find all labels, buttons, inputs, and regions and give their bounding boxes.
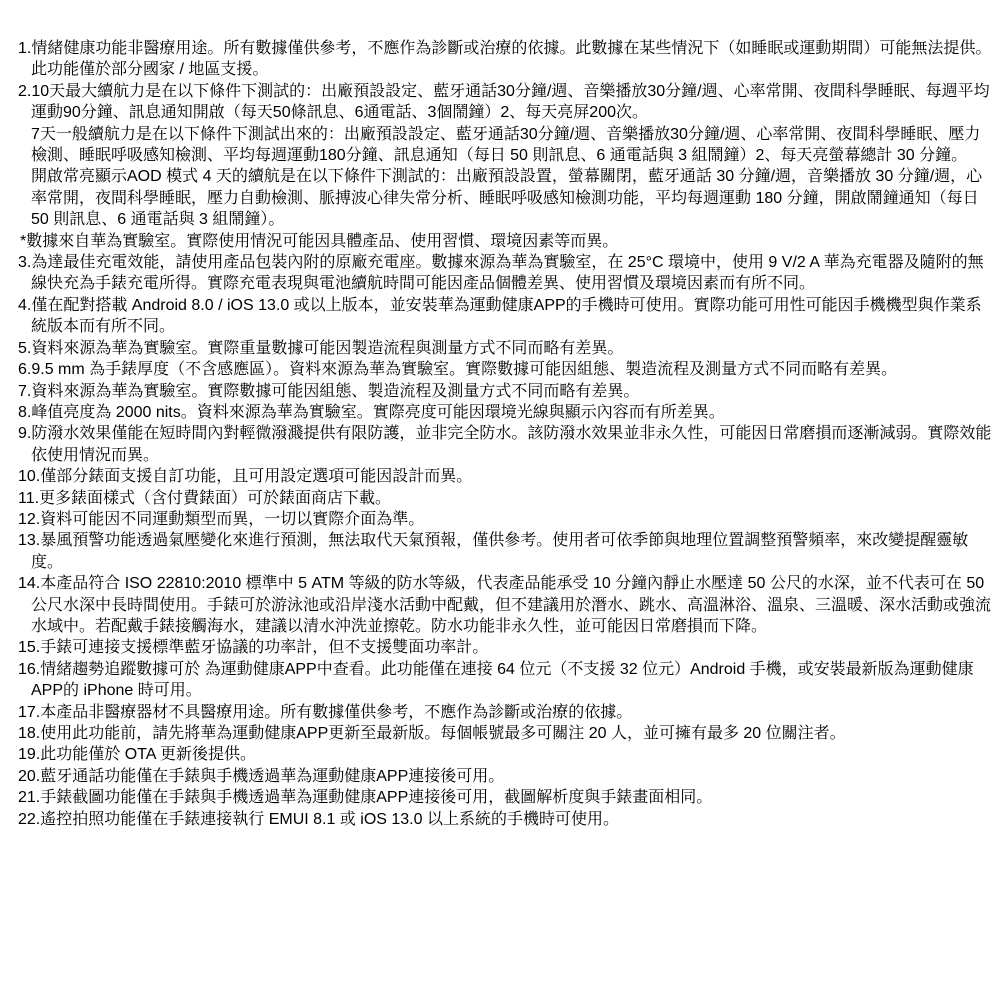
list-item: 13.暴風預警功能透過氣壓變化來進行預測，無法取代天氣預報，僅供參考。使用者可依… <box>18 530 992 573</box>
list-item: 12.資料可能因不同運動類型而異，一切以實際介面為準。 <box>18 509 992 530</box>
disclaimer-page: 1.情緒健康功能非醫療用途。所有數據僅供參考，不應作為診斷或治療的依據。此數據在… <box>0 0 1000 1000</box>
list-item: 2.10天最大續航力是在以下條件下測試的：出廠預設設定、藍牙通話30分鐘/週、音… <box>18 81 992 124</box>
sub-paragraph: 開啟常亮顯示AOD 模式 4 天的續航是在以下條件下測試的：出廠預設設置，螢幕關… <box>18 166 992 230</box>
list-item: 19.此功能僅於 OTA 更新後提供。 <box>18 744 992 765</box>
list-item: 4.僅在配對搭載 Android 8.0 / iOS 13.0 或以上版本，並安… <box>18 295 992 338</box>
list-item: 7.資料來源為華為實驗室。實際數據可能因組態、製造流程及測量方式不同而略有差異。 <box>18 381 992 402</box>
list-item: 20.藍牙通話功能僅在手錶與手機透過華為運動健康APP連接後可用。 <box>18 766 992 787</box>
list-item: 9.防潑水效果僅能在短時間內對輕微潑濺提供有限防護，並非完全防水。該防潑水效果並… <box>18 423 992 466</box>
list-item: 17.本產品非醫療器材不具醫療用途。所有數據僅供參考，不應作為診斷或治療的依據。 <box>18 702 992 723</box>
list-item: 10.僅部分錶面支援自訂功能，且可用設定選項可能因設計而異。 <box>18 466 992 487</box>
sub-paragraph: 7天一般續航力是在以下條件下測試出來的：出廠預設設定、藍牙通話30分鐘/週、音樂… <box>18 124 992 167</box>
list-item: 6.9.5 mm 為手錶厚度（不含感應區）。資料來源為華為實驗室。實際數據可能因… <box>18 359 992 380</box>
list-item: 18.使用此功能前，請先將華為運動健康APP更新至最新版。每個帳號最多可關注 2… <box>18 723 992 744</box>
list-item: 1.情緒健康功能非醫療用途。所有數據僅供參考，不應作為診斷或治療的依據。此數據在… <box>18 38 992 81</box>
list-item: 22.遙控拍照功能僅在手錶連接執行 EMUI 8.1 或 iOS 13.0 以上… <box>18 809 992 830</box>
list-item: 3.為達最佳充電效能，請使用產品包裝內附的原廠充電座。數據來源為華為實驗室，在 … <box>18 252 992 295</box>
list-item: 11.更多錶面樣式（含付費錶面）可於錶面商店下載。 <box>18 488 992 509</box>
list-item: 8.峰值亮度為 2000 nits。資料來源為華為實驗室。實際亮度可能因環境光線… <box>18 402 992 423</box>
list-item: 14.本產品符合 ISO 22810:2010 標準中 5 ATM 等級的防水等… <box>18 573 992 637</box>
footnote: *數據來自華為實驗室。實際使用情況可能因具體產品、使用習慣、環境因素等而異。 <box>18 231 992 252</box>
list-item: 21.手錶截圖功能僅在手錶與手機透過華為運動健康APP連接後可用，截圖解析度與手… <box>18 787 992 808</box>
list-item: 15.手錶可連接支援標準藍牙協議的功率計，但不支援雙面功率計。 <box>18 637 992 658</box>
list-item: 5.資料來源為華為實驗室。實際重量數據可能因製造流程與測量方式不同而略有差異。 <box>18 338 992 359</box>
list-item: 16.情緒趨勢追蹤數據可於 為運動健康APP中查看。此功能僅在連接 64 位元（… <box>18 659 992 702</box>
disclaimer-list: 1.情緒健康功能非醫療用途。所有數據僅供參考，不應作為診斷或治療的依據。此數據在… <box>18 38 992 830</box>
